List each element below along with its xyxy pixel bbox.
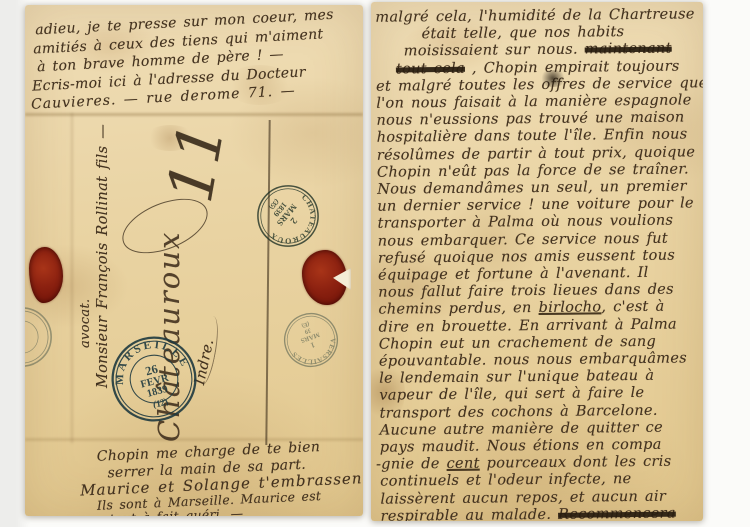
- text-segment: Chopin eut un crachement de sang: [379, 334, 656, 353]
- text-segment: nous embarquer. Ce service nous fut: [378, 230, 668, 249]
- text-segment: pourceaux dont les cris: [480, 454, 672, 472]
- wax-seal: [29, 247, 63, 303]
- wax-seal: [302, 250, 347, 305]
- text-segment: Aucune autre manière de quitter ce: [380, 420, 663, 439]
- text-segment: le lendemain sur l'unique bateau à: [379, 368, 654, 387]
- text-segment: -gnie de: [376, 456, 447, 473]
- text-segment: transport des cochons à Barcelone.: [379, 402, 657, 421]
- manuscript-line: refusé quoique nos amis eussent tous: [378, 247, 700, 268]
- text-segment: équipage et fortune à l'avenant. Il: [378, 265, 649, 284]
- fold-crease: [25, 113, 363, 116]
- text-segment: Nous demandâmes un seul, un premier: [377, 178, 687, 197]
- text-segment: transporter à Palma où nous voulions: [377, 213, 673, 232]
- postmark-marseille: MARSEILLE (12) 26 FEVR 1839: [100, 325, 208, 433]
- manuscript-page-text: malgré cela, l'humidité de la Chartreuse…: [375, 6, 702, 521]
- text-segment: épouvantable. nous nous embarquâmes: [379, 351, 687, 370]
- svg-text:VERSAILLES: VERSAILLES: [289, 335, 343, 372]
- postmark-date: 1: [309, 340, 316, 350]
- text-segment: était telle, que nos habits: [421, 24, 624, 42]
- postmark-partial-edge: [25, 303, 56, 370]
- text-segment: vapeur de l'île, qui sert à faire le: [379, 385, 644, 404]
- text-segment: moisissaient sur nous.: [404, 42, 585, 60]
- strike-text: tout cela: [396, 60, 465, 77]
- torn-paper-fragment: [333, 268, 351, 290]
- text-segment: , c'est à: [601, 299, 664, 316]
- postmark-date: 39: [304, 327, 312, 335]
- right-page: malgré cela, l'humidité de la Chartreuse…: [371, 2, 703, 521]
- fold-crease: [71, 113, 73, 443]
- pen-flourish-line: [265, 120, 270, 445]
- text-segment: pays maudit. Nous étions en compa: [380, 437, 662, 456]
- text-segment: l'on nous faisait à la manière espagnole: [376, 92, 691, 111]
- postmark-arc-text: VERSAILLES: [289, 335, 343, 372]
- top-note: adieu, je te presse sur mon coeur, mesam…: [35, 5, 359, 114]
- text-segment: résolûmes de partir à tout prix, quoique: [377, 144, 696, 163]
- text-segment: , Chopin empirait toujours: [465, 58, 680, 76]
- strike-text: maintenant: [585, 41, 672, 58]
- text-segment: refusé quoique nos amis eussent tous: [378, 247, 675, 266]
- postage-due-marking: 11: [153, 117, 239, 208]
- strike-text: Recommencera: [558, 505, 676, 521]
- underline-text: cent: [447, 456, 480, 472]
- text-segment: respirable au malade.: [381, 507, 559, 521]
- text-segment: et malgré toutes les offres de service q…: [376, 75, 703, 94]
- text-segment: Chopin n'eût pas la force de se traîner.: [377, 161, 689, 180]
- postmark-chateauroux: CHATEAUROUX (35) 2 MARS 1839: [243, 171, 333, 261]
- text-segment: hospitalière dans toute l'île. Enfin nou…: [377, 127, 688, 146]
- underline-text: birlocho: [538, 300, 601, 317]
- text-segment: chemins perdus, en: [378, 300, 538, 318]
- address-title: avocat.: [78, 258, 93, 348]
- bottom-note: Chopin me charge de te bienserrer la mai…: [78, 436, 363, 516]
- left-page: adieu, je te presse sur mon coeur, mesam…: [25, 5, 363, 516]
- postmark-transit: VERSAILLES (E) 1 MARS 39: [275, 304, 347, 376]
- text-segment: dire en brouette. En arrivant à Palma: [379, 316, 677, 335]
- text-segment: continuels et l'odeur infecte, ne: [380, 472, 631, 491]
- text-segment: laissèrent aucun repos, et aucun air: [380, 488, 666, 507]
- manuscript-line: respirable au malade. Recommencera: [381, 505, 703, 521]
- manuscript-line: malgré cela, l'humidité de la Chartreuse: [375, 6, 697, 27]
- text-segment: malgré cela, l'humidité de la Chartreuse: [375, 6, 694, 25]
- letter-scan: adieu, je te presse sur mon coeur, mesam…: [0, 0, 750, 527]
